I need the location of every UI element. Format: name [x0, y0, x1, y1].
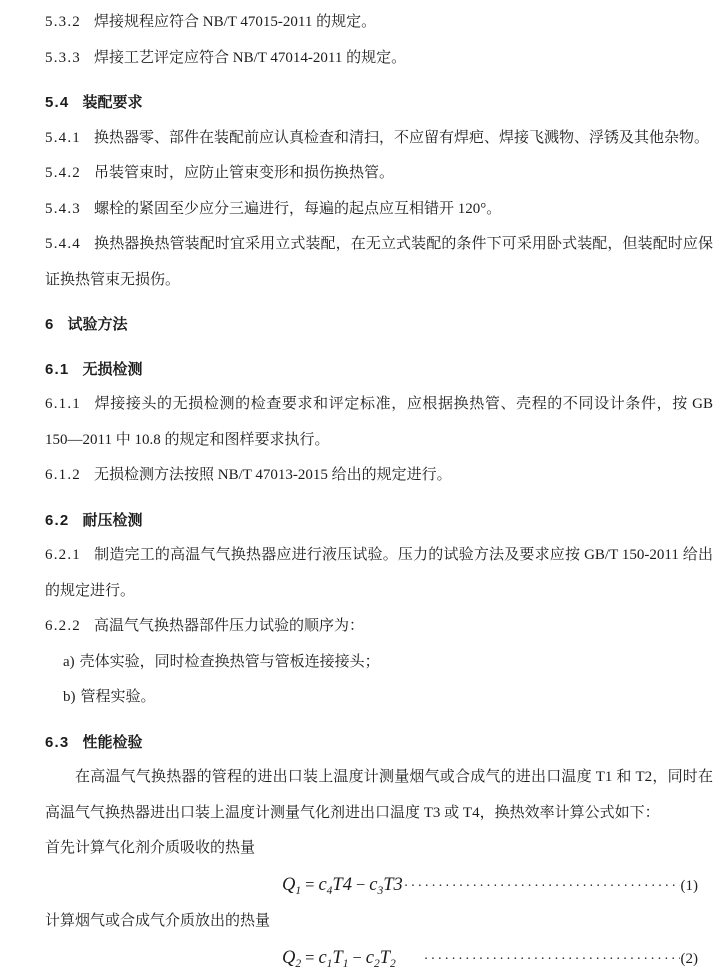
equals-sign: =	[305, 948, 314, 967]
formula-variable: T4	[332, 875, 352, 895]
equation-number: (1)	[681, 869, 699, 905]
heading-text: 耐压检测	[82, 512, 142, 529]
clause-number: 6.2.2	[45, 618, 81, 634]
formula-subscript: 1	[295, 885, 301, 897]
equals-sign: =	[305, 875, 314, 894]
heading-text: 装配要求	[82, 94, 142, 111]
minus-sign: −	[352, 948, 361, 967]
clause-6-1-2: 6.1.2无损检测方法按照 NB/T 47013-2015 给出的规定进行。	[45, 458, 713, 494]
clause-5-4-3: 5.4.3螺栓的紧固至少应分三遍进行，每遍的起点应互相错开 120°。	[45, 192, 713, 228]
heading-6-1: 6.1无损检测	[45, 352, 713, 388]
clause-6-2-1: 6.2.1制造完工的高温气气换热器应进行液压试验。压力的试验方法及要求应按 GB…	[45, 538, 713, 609]
heading-6-2: 6.2耐压检测	[45, 503, 713, 539]
list-item-text: 管程实验。	[81, 689, 156, 705]
paragraph-released-heat-lead-in: 计算烟气或合成气介质放出的热量	[45, 904, 713, 940]
formula-subscript: 1	[343, 958, 349, 970]
heading-5-4: 5.4装配要求	[45, 85, 713, 121]
clause-number: 6.2.1	[45, 547, 81, 563]
heading-number: 6.1	[45, 361, 69, 378]
document-page[interactable]: 5.3.2焊接规程应符合 NB/T 47015-2011 的规定。 5.3.3焊…	[0, 0, 717, 972]
formula-variable: c	[318, 948, 326, 968]
clause-text: 制造完工的高温气气换热器应进行液压试验。压力的试验方法及要求应按 GB/T 15…	[45, 547, 713, 599]
clause-5-4-2: 5.4.2吊装管束时，应防止管束变形和损伤换热管。	[45, 156, 713, 192]
list-item-b: b)管程实验。	[63, 680, 713, 716]
formula-variable: T	[332, 948, 342, 968]
clause-text: 无损检测方法按照 NB/T 47013-2015 给出的规定进行。	[94, 467, 452, 483]
dot-leader: ········································…	[424, 942, 680, 972]
list-item-label: a)	[63, 654, 75, 670]
clause-text: 换热器零、部件在装配前应认真检查和清扫，不应留有焊疤、焊接飞溅物、浮锈及其他杂物…	[94, 130, 709, 146]
formula-variable: T3	[383, 875, 403, 895]
list-item-a: a)壳体实验，同时检查换热管与管板连接接头；	[63, 645, 713, 681]
clause-number: 5.4.1	[45, 130, 81, 146]
formula-subscript: 2	[390, 958, 396, 970]
equation-number: (2)	[681, 942, 699, 972]
clause-5-3-2: 5.3.2焊接规程应符合 NB/T 47015-2011 的规定。	[45, 5, 713, 41]
clause-number: 5.3.3	[45, 50, 81, 66]
formula-2-expression: Q2=c1T1−c2T2	[282, 940, 396, 972]
minus-sign: −	[356, 875, 365, 894]
heading-number: 6	[45, 316, 55, 333]
clause-number: 5.3.2	[45, 14, 81, 30]
clause-text: 螺栓的紧固至少应分三遍进行，每遍的起点应互相错开 120°。	[94, 201, 501, 217]
clause-number: 6.1.1	[45, 396, 81, 412]
clause-number: 5.4.2	[45, 165, 81, 181]
formula-1: Q1=c4T4−c3T3 ···························…	[282, 867, 698, 905]
clause-number: 6.1.2	[45, 467, 81, 483]
heading-number: 6.3	[45, 734, 69, 751]
heading-number: 6.2	[45, 512, 69, 529]
heading-6: 6试验方法	[45, 307, 713, 343]
clause-5-4-1: 5.4.1换热器零、部件在装配前应认真检查和清扫，不应留有焊疤、焊接飞溅物、浮锈…	[45, 121, 713, 157]
heading-number: 5.4	[45, 94, 69, 111]
dot-leader: ········································…	[404, 869, 680, 905]
paragraph-absorbed-heat-lead-in: 首先计算气化剂介质吸收的热量	[45, 831, 713, 867]
list-item-label: b)	[63, 689, 76, 705]
formula-variable: c	[366, 948, 374, 968]
clause-text: 焊接接头的无损检测的检查要求和评定标准，应根据换热管、壳程的不同设计条件，按 G…	[45, 396, 713, 448]
clause-text: 焊接工艺评定应符合 NB/T 47014-2011 的规定。	[94, 50, 406, 66]
clause-6-1-1: 6.1.1焊接接头的无损检测的检查要求和评定标准，应根据换热管、壳程的不同设计条…	[45, 387, 713, 458]
clause-text: 焊接规程应符合 NB/T 47015-2011 的规定。	[94, 14, 376, 30]
formula-variable: Q	[282, 948, 295, 968]
list-item-text: 壳体实验，同时检查换热管与管板连接接头；	[80, 654, 380, 670]
heading-6-3: 6.3性能检验	[45, 725, 713, 761]
clause-text: 换热器换热管装配时宜采用立式装配，在无立式装配的条件下可采用卧式装配，但装配时应…	[45, 236, 713, 288]
heading-text: 无损检测	[82, 361, 142, 378]
formula-subscript: 2	[295, 958, 301, 970]
formula-1-expression: Q1=c4T4−c3T3	[282, 867, 403, 905]
formula-2: Q2=c1T1−c2T2 ···························…	[282, 940, 698, 972]
formula-variable: T	[380, 948, 390, 968]
clause-6-2-2: 6.2.2高温气气换热器部件压力试验的顺序为：	[45, 609, 713, 645]
clause-5-4-4: 5.4.4换热器换热管装配时宜采用立式装配，在无立式装配的条件下可采用卧式装配，…	[45, 227, 713, 298]
heading-text: 试验方法	[68, 316, 128, 333]
clause-5-3-3: 5.3.3焊接工艺评定应符合 NB/T 47014-2011 的规定。	[45, 41, 713, 77]
clause-text: 吊装管束时，应防止管束变形和损伤换热管。	[94, 165, 394, 181]
clause-text: 高温气气换热器部件压力试验的顺序为：	[94, 618, 364, 634]
clause-number: 5.4.3	[45, 201, 81, 217]
clause-number: 5.4.4	[45, 236, 81, 252]
formula-variable: c	[318, 875, 326, 895]
paragraph-performance-intro: 在高温气气换热器的管程的进出口装上温度计测量烟气或合成气的进出口温度 T1 和 …	[45, 760, 713, 831]
formula-variable: Q	[282, 875, 295, 895]
heading-text: 性能检验	[82, 734, 142, 751]
